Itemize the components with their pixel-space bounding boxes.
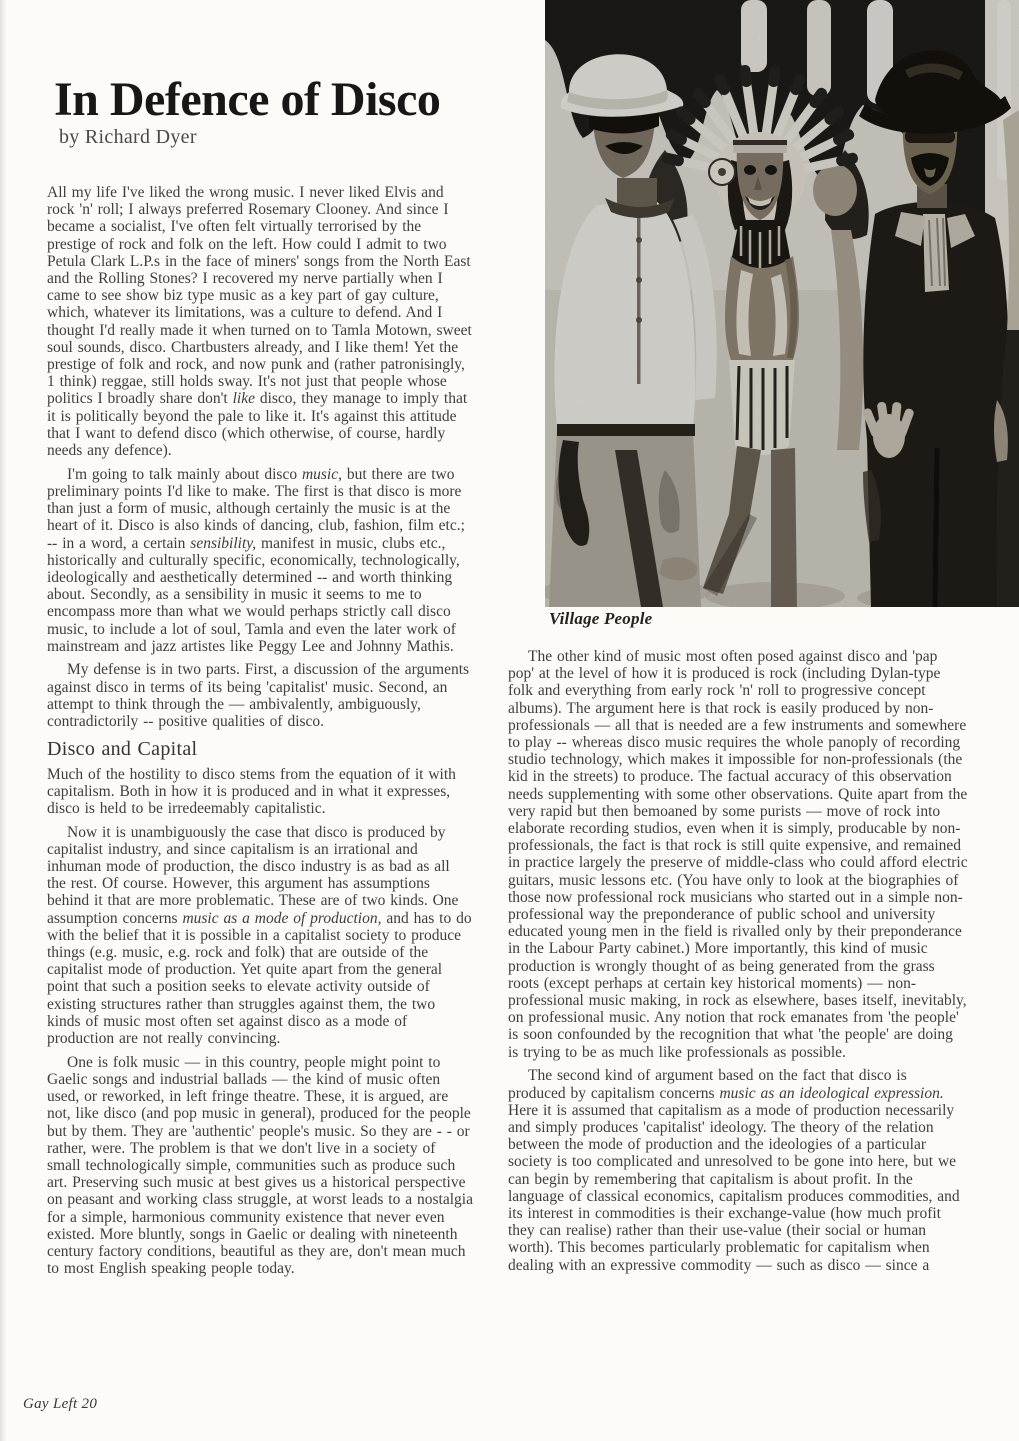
paragraph: Much of the hostility to disco stems fro… bbox=[47, 766, 473, 818]
byline: by Richard Dyer bbox=[59, 126, 197, 149]
page-title: In Defence of Disco bbox=[54, 74, 534, 127]
paragraph: All my life I've liked the wrong music. … bbox=[47, 184, 473, 459]
paragraph: The other kind of music most often posed… bbox=[508, 648, 968, 1061]
paragraph: I'm going to talk mainly about disco mus… bbox=[47, 466, 473, 655]
left-column: All my life I've liked the wrong music. … bbox=[47, 184, 473, 1284]
village-people-photo-art bbox=[545, 0, 1019, 607]
paragraph: The second kind of argument based on the… bbox=[508, 1067, 968, 1273]
page-footer: Gay Left 20 bbox=[23, 1396, 97, 1413]
photo-caption: Village People bbox=[549, 609, 652, 629]
paragraph: My defense is in two parts. First, a dis… bbox=[47, 661, 473, 730]
paragraph: One is folk music — in this country, peo… bbox=[47, 1054, 473, 1278]
section-heading: Disco and Capital bbox=[47, 741, 473, 758]
paragraph: Now it is unambiguously the case that di… bbox=[47, 824, 473, 1048]
scan-edge-shading bbox=[0, 0, 7, 1441]
right-column: The other kind of music most often posed… bbox=[508, 648, 968, 1280]
village-people-photo bbox=[545, 0, 1019, 607]
